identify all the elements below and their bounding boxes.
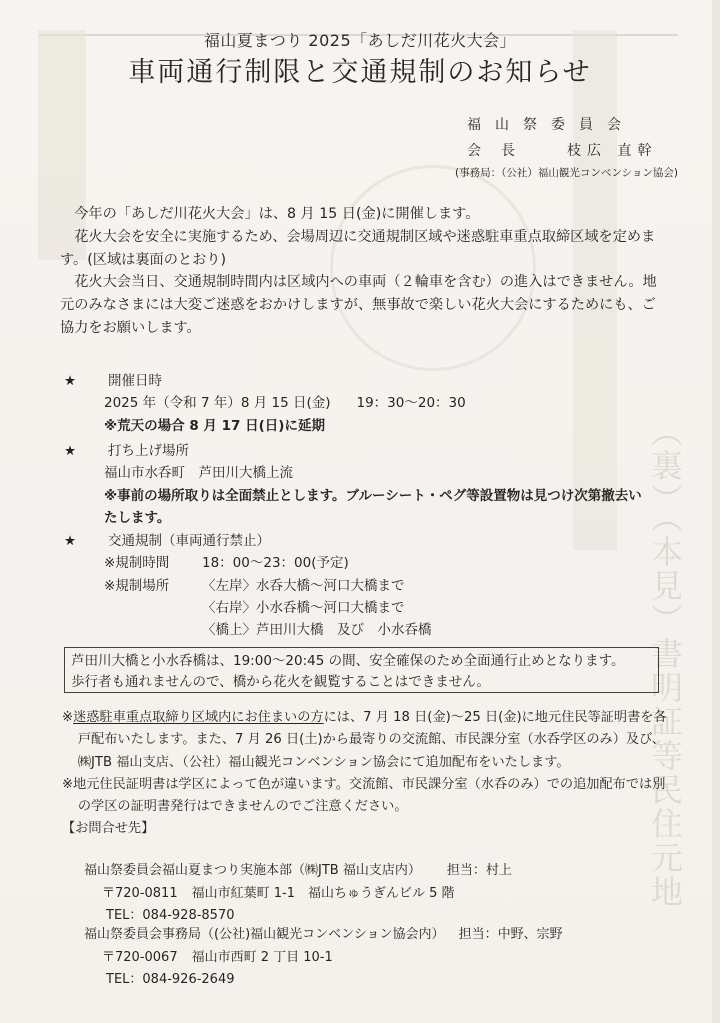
section-launch-site: ★ 打ち上げ場所 福山市水呑町 芦田川大橋上流 ※事前の場所取りは全面禁止としま… xyxy=(60,440,680,529)
regulation-place-right: 〈右岸〉小水呑橋〜河口大橋まで xyxy=(202,597,405,619)
regulation-place-left: 〈左岸〉水呑大橋〜河口大橋まで xyxy=(202,575,405,597)
star-icon: ★ xyxy=(60,440,108,462)
contact-person: 担当：村上 xyxy=(447,863,512,878)
organizer-block: 福山祭委員会 会長 枝広 直幹 (事務局：（公社）福山観光コンベンション協会) xyxy=(455,114,675,180)
contact-org: 福山祭委員会事務局（(公社)福山観光コンベンション協会内） xyxy=(84,927,445,942)
regulation-time-value: 18：00〜23：00(予定) xyxy=(202,552,349,574)
intro-paragraphs: 今年の「あしだ川花火大会」は、8 月 15 日(金)に開催します。 花火大会を安… xyxy=(60,203,670,340)
contact-org: 福山祭委員会福山夏まつり実施本部（㈱JTB 福山支店内） xyxy=(84,863,421,878)
contact-postal: 〒720-0067 xyxy=(102,950,178,965)
regulation-place-row: ※規制場所 〈左岸〉水呑大橋〜河口大橋まで xyxy=(104,575,680,597)
organizer-role: 会長 xyxy=(467,140,567,160)
rain-postpone-note: ※荒天の場合 8 月 17 日(日)に延期 xyxy=(104,415,680,437)
organizer-name: 福山祭委員会 xyxy=(455,114,675,134)
star-icon: ★ xyxy=(60,370,108,392)
section-heading: 打ち上げ場所 xyxy=(108,440,189,462)
note-mark: ※ xyxy=(62,710,73,725)
contact-entry-2: 福山祭委員会事務局（(公社)福山観光コンベンション協会内）担当：中野、宗野 〒7… xyxy=(62,924,677,992)
event-time: 19：30〜20：30 xyxy=(357,395,466,411)
star-icon: ★ xyxy=(60,530,108,552)
notice-line-1: 芦田川大橋と小水呑橋は、19:00〜20:45 の間、安全確保のため全面通行止め… xyxy=(71,651,658,672)
regulation-time-row: ※規制時間 18：00〜23：00(予定) xyxy=(104,552,680,574)
contact-tel: TEL：084-926-2649 xyxy=(62,969,677,992)
launch-place: 福山市水呑町 芦田川大橋上流 xyxy=(104,462,680,484)
section-heading: 交通規制（車両通行禁止） xyxy=(108,530,270,552)
regulation-place-label: ※規制場所 xyxy=(104,575,202,597)
organizer-secretariat: (事務局：（公社）福山観光コンベンション協会) xyxy=(455,165,675,180)
event-subtitle: 福山夏まつり 2025「あしだ川花火大会」 xyxy=(0,28,720,51)
regulation-place-row: . 〈右岸〉小水呑橋〜河口大橋まで xyxy=(104,597,680,619)
note-underlined: 迷惑駐車重点取締り区域内にお住まいの方 xyxy=(73,710,324,725)
intro-line-1: 今年の「あしだ川花火大会」は、8 月 15 日(金)に開催します。 xyxy=(60,203,670,226)
section-heading: 開催日時 xyxy=(108,370,162,392)
notice-line-2: 歩行者も通れませんので、橋から花火を観覧することはできません。 xyxy=(71,672,658,693)
contact-person: 担当：中野、宗野 xyxy=(459,927,563,942)
regulation-place-bridge: 〈橋上〉芦田川大橋 及び 小水呑橋 xyxy=(202,619,432,641)
note-resident-certificate: ※迷惑駐車重点取締り区域内にお住まいの方には、7 月 18 日(金)〜25 日(… xyxy=(62,707,677,774)
organizer-person: 枝広 直幹 xyxy=(567,140,657,160)
event-date: 2025 年（令和 7 年）8 月 15 日(金) xyxy=(104,395,331,411)
intro-line-2: 花火大会を安全に実施するため、会場周辺に交通規制区域や迷惑駐車重点取締区域を定め… xyxy=(60,226,670,272)
launch-note: ※事前の場所取りは全面禁止とします。ブルーシート・ペグ等設置物は見つけ次第撤去い… xyxy=(104,485,644,530)
notes: ※迷惑駐車重点取締り区域内にお住まいの方には、7 月 18 日(金)〜25 日(… xyxy=(62,707,677,841)
note-certificate-color: ※地元住民証明書は学区によって色が違います。交流館、市民課分室（水呑のみ）での追… xyxy=(62,774,677,819)
intro-line-3: 花火大会当日、交通規制時間内は区域内への車両（２輪車を含む）の進入はできません。… xyxy=(60,271,670,339)
contact-address: 福山市紅葉町 1-1 福山ちゅうぎんビル 5 階 xyxy=(192,886,455,901)
contact-address: 福山市西町 2 丁目 10-1 xyxy=(192,950,333,965)
event-datetime: 2025 年（令和 7 年）8 月 15 日(金)19：30〜20：30 xyxy=(104,392,680,414)
regulation-place-row: . 〈橋上〉芦田川大橋 及び 小水呑橋 xyxy=(104,619,680,641)
contact-entry-1: 福山祭委員会福山夏まつり実施本部（㈱JTB 福山支店内）担当：村上 〒720-0… xyxy=(62,860,677,928)
section-traffic: ★ 交通規制（車両通行禁止） ※規制時間 18：00〜23：00(予定) ※規制… xyxy=(60,530,680,641)
regulation-time-label: ※規制時間 xyxy=(104,552,202,574)
section-datetime: ★ 開催日時 2025 年（令和 7 年）8 月 15 日(金)19：30〜20… xyxy=(60,370,680,437)
bridge-closure-notice: 芦田川大橋と小水呑橋は、19:00〜20:45 の間、安全確保のため全面通行止め… xyxy=(64,647,659,693)
contact-postal: 〒720-0811 xyxy=(102,886,178,901)
contact-heading: 【お問合せ先】 xyxy=(62,818,677,840)
page-title: 車両通行制限と交通規制のお知らせ xyxy=(0,50,720,89)
organizer-chair: 会長 枝広 直幹 xyxy=(455,140,675,160)
